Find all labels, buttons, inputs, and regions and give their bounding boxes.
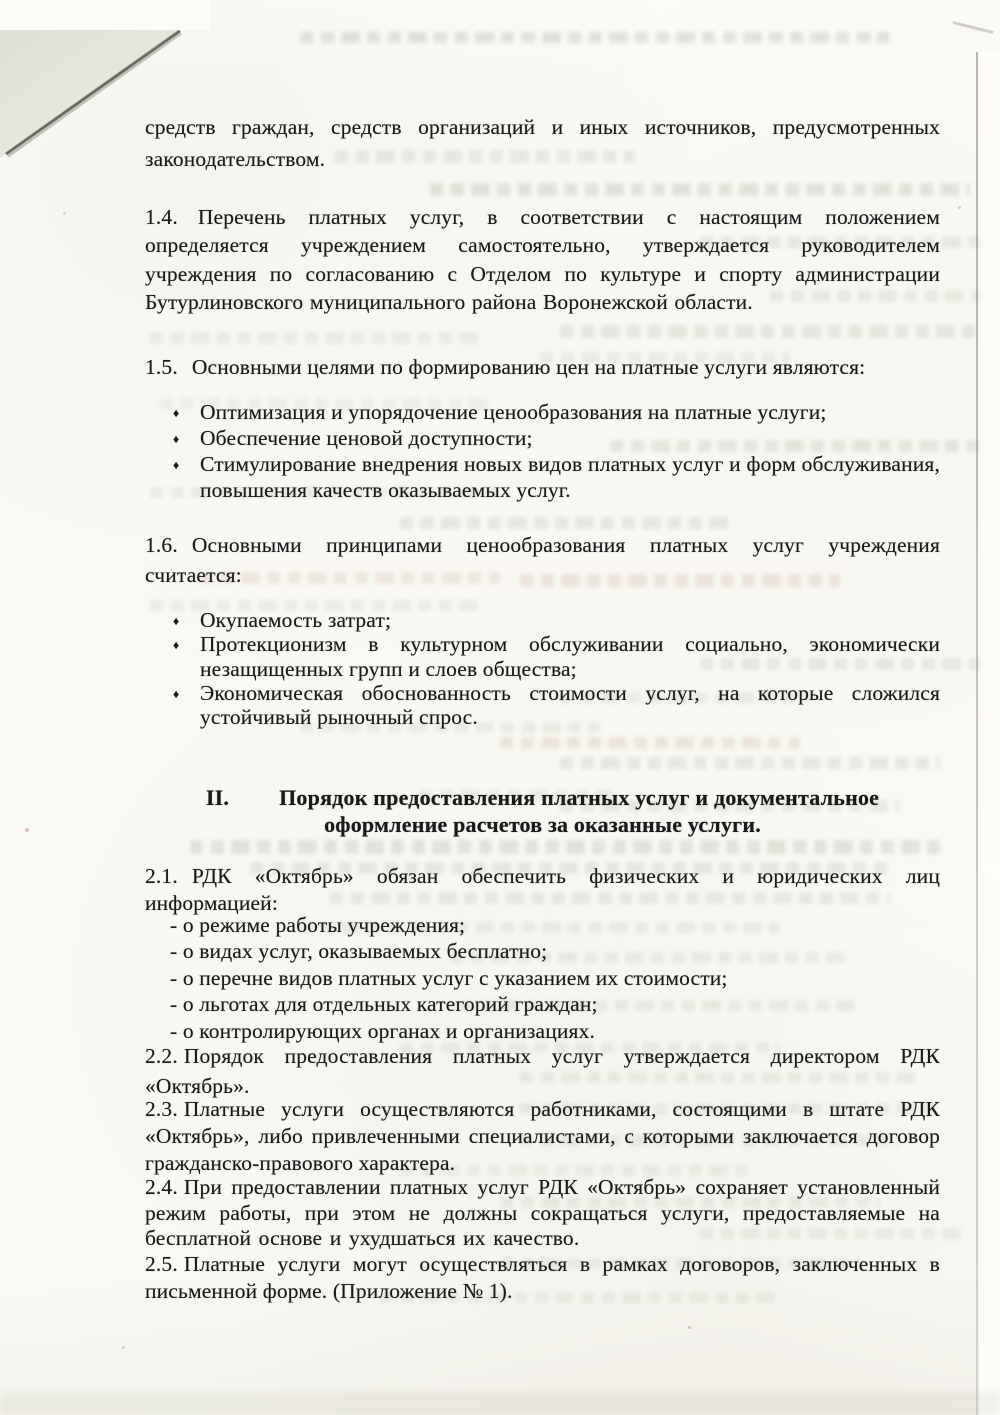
- heading-line-2: оформление расчетов за оказанные услуги.: [145, 812, 940, 839]
- bleedthrough-text-ghost: [300, 32, 890, 43]
- paragraph-number: 2.1.: [145, 863, 178, 890]
- heading-text: Порядок предоставления платных услуг и д…: [279, 785, 879, 810]
- paragraph-1-6: 1.6.Основными принципами ценообразования…: [145, 530, 940, 590]
- scan-speck: [122, 1346, 125, 1349]
- paragraph-2-5: 2.5.Платные услуги могут осуществляться …: [145, 1251, 940, 1305]
- bullet-diamond-icon: ♦: [173, 452, 179, 478]
- list-item: - о перечне видов платных услуг с указан…: [170, 965, 940, 991]
- paragraph-number: 2.2.: [145, 1041, 178, 1071]
- list-item-text: Обеспечение ценовой доступности;: [200, 426, 533, 450]
- paragraph-text: РДК «Октябрь» обязан обеспечить физическ…: [145, 864, 940, 915]
- list-item-text: Оптимизация и упорядочение ценообразован…: [200, 400, 827, 424]
- scan-speck: [63, 212, 66, 215]
- list-item: ♦Оптимизация и упорядочение ценообразова…: [145, 399, 940, 425]
- scan-corner-mark: [952, 21, 993, 34]
- bullet-diamond-icon: ♦: [173, 682, 179, 706]
- bullet-diamond-icon: ♦: [173, 633, 179, 657]
- paragraph-text: средств граждан, средств организаций и и…: [145, 115, 940, 171]
- scan-speck: [688, 1326, 691, 1329]
- paragraph-number: 2.5.: [145, 1251, 178, 1278]
- paragraph-1-4: 1.4.Перечень платных услуг, в соответств…: [145, 203, 940, 317]
- bullet-diamond-icon: ♦: [173, 400, 179, 426]
- goals-list: ♦Оптимизация и упорядочение ценообразова…: [145, 399, 940, 503]
- list-item: - о льготах для отдельных категорий граж…: [170, 991, 940, 1017]
- scan-edge-highlight: [979, 52, 1000, 1415]
- paragraph-1-5: 1.5.Основными целями по формированию цен…: [145, 353, 940, 382]
- paragraph-number: 2.4.: [145, 1175, 178, 1201]
- list-item-text: Экономическая обоснованность стоимости у…: [200, 681, 940, 729]
- section-number: II.: [206, 785, 229, 810]
- bleedthrough-text-ghost: [560, 325, 980, 338]
- list-item: - о видах услуг, оказываемых бесплатно;: [170, 938, 940, 964]
- paragraph-text: Платные услуги осуществляются работникам…: [145, 1097, 940, 1175]
- paragraph-number: 1.5.: [145, 353, 178, 382]
- paragraph-text: Основными целями по формированию цен на …: [192, 355, 865, 379]
- paragraph-2-4: 2.4.При предоставлении платных услуг РДК…: [145, 1175, 940, 1252]
- bleedthrough-text-ghost: [500, 737, 800, 749]
- list-item: ♦Стимулирование внедрения новых видов пл…: [145, 451, 940, 503]
- paragraph-number: 1.6.: [145, 530, 178, 560]
- bullet-diamond-icon: ♦: [173, 426, 179, 452]
- heading-line-1: II.Порядок предоставления платных услуг …: [145, 785, 940, 812]
- section-ii-heading: II.Порядок предоставления платных услуг …: [145, 785, 940, 838]
- paragraph-2-2: 2.2.Порядок предоставления платных услуг…: [145, 1041, 940, 1101]
- bleedthrough-text-ghost: [150, 332, 480, 344]
- paragraph-text: Порядок предоставления платных услуг утв…: [145, 1044, 940, 1098]
- document-page: средств граждан, средств организаций и и…: [0, 0, 1000, 1415]
- bleedthrough-text-ghost: [400, 517, 730, 529]
- list-item-text: Стимулирование внедрения новых видов пла…: [200, 452, 940, 502]
- bleedthrough-text-ghost: [190, 840, 940, 854]
- paragraph-number: 1.4.: [145, 203, 178, 231]
- paragraph-number: 2.3.: [145, 1096, 178, 1123]
- scan-bottom-shadow: [0, 1392, 1000, 1415]
- list-item: ♦Экономическая обоснованность стоимости …: [145, 681, 940, 730]
- list-item: ♦Окупаемость затрат;: [145, 608, 940, 632]
- scan-speck: [958, 206, 961, 209]
- principles-list: ♦Окупаемость затрат; ♦Протекционизм в ку…: [145, 608, 940, 729]
- list-item: ♦Протекционизм в культурном обслуживании…: [145, 632, 940, 681]
- paragraph-text: Платные услуги могут осуществляться в ра…: [145, 1252, 940, 1303]
- page-edge-line: [976, 52, 978, 1415]
- list-item: - о режиме работы учреждения;: [170, 912, 940, 938]
- info-list: - о режиме работы учреждения; - о видах …: [170, 912, 940, 1044]
- list-item-text: Протекционизм в культурном обслуживании …: [200, 632, 940, 680]
- paragraph-2-1: 2.1.РДК «Октябрь» обязан обеспечить физи…: [145, 863, 940, 917]
- list-item: ♦Обеспечение ценовой доступности;: [145, 425, 940, 451]
- paragraph-text: Перечень платных услуг, в соответствии с…: [145, 205, 940, 314]
- paragraph-2-3: 2.3.Платные услуги осуществляются работн…: [145, 1096, 940, 1177]
- paragraph-intro: средств граждан, средств организаций и и…: [145, 111, 940, 175]
- list-item-text: Окупаемость затрат;: [200, 608, 391, 632]
- bleedthrough-text-ghost: [560, 757, 940, 769]
- bleedthrough-text-ghost: [430, 183, 970, 196]
- paragraph-text: Основными принципами ценообразования пла…: [145, 533, 940, 587]
- bullet-diamond-icon: ♦: [173, 609, 179, 633]
- scan-speck: [25, 828, 29, 832]
- paragraph-text: При предоставлении платных услуг РДК «Ок…: [145, 1175, 940, 1250]
